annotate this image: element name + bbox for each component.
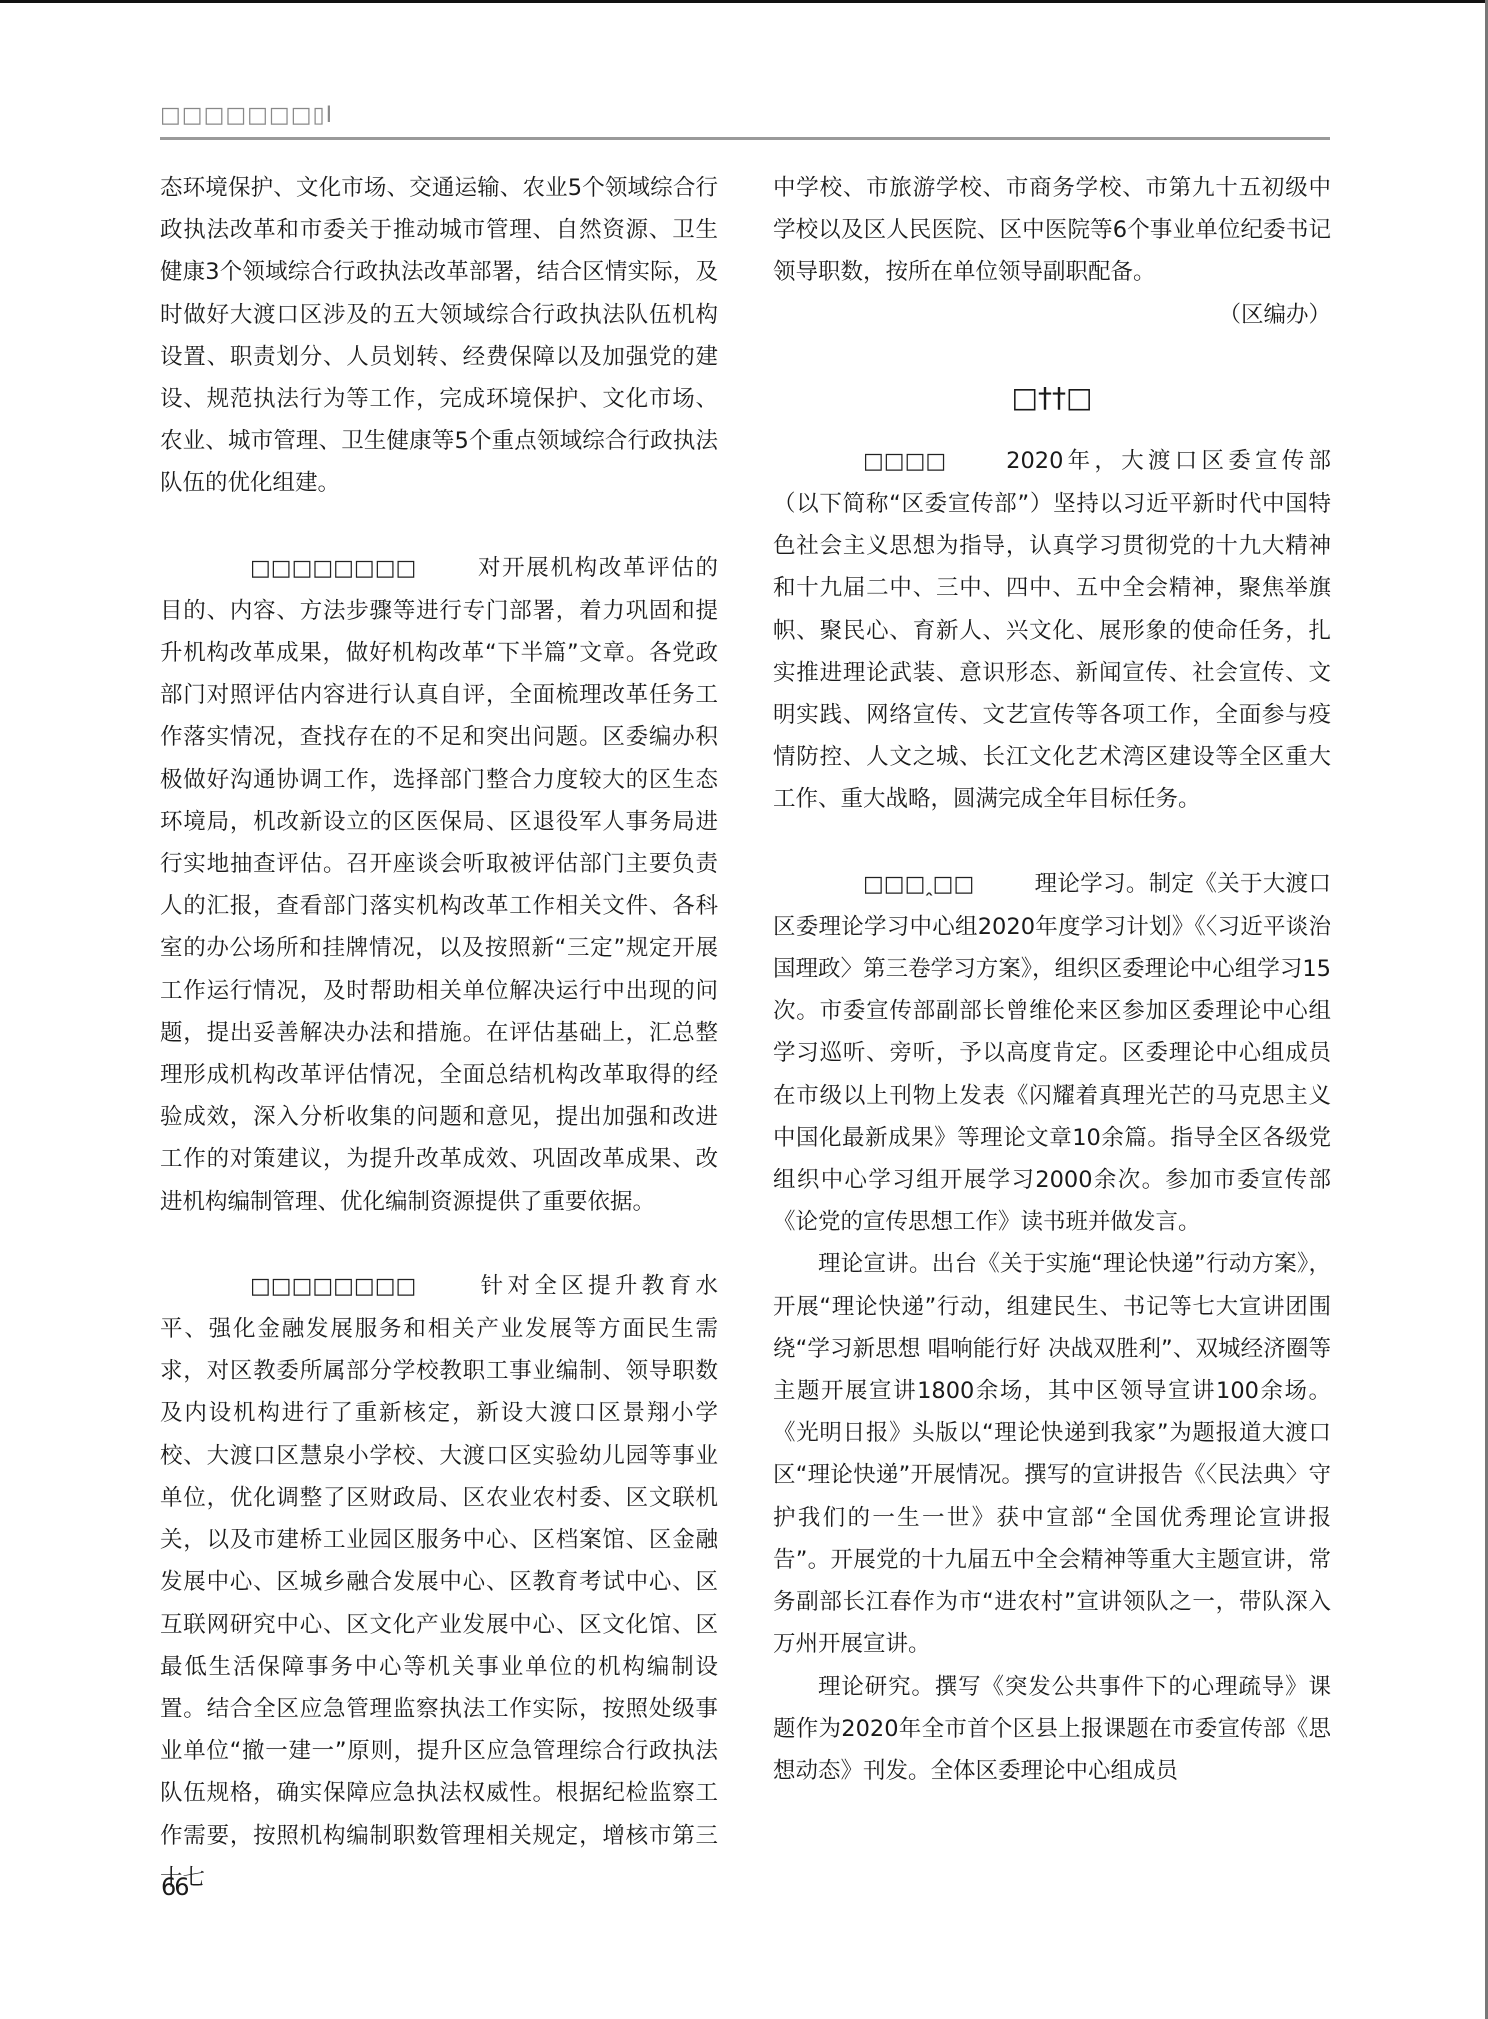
source-attribution: （区编办） — [773, 294, 1331, 336]
paragraph-propaganda-overview: □□□□2020年，大渡口区委宣传部（以下简称“区委宣传部”）坚持以习近平新时代… — [773, 440, 1331, 821]
paragraph-continued: 中学校、市旅游学校、市商务学校、市第九十五初级中学校以及区人民医院、区中医院等6… — [773, 167, 1331, 294]
section-label: □□□ꞈ□□ — [818, 864, 974, 906]
page-number: 66 — [161, 1873, 188, 1901]
paragraph-theory-study: □□□ꞈ□□理论学习。制定《关于大渡口区委理论学习中心组2020年度学习计划》《… — [773, 863, 1331, 1244]
paragraph-text: 理论学习。制定《关于大渡口区委理论学习中心组2020年度学习计划》《〈习近平谈治… — [773, 871, 1331, 1236]
paragraph-staffing-adjustment: □□□□□□□□针对全区提升教育水平、强化金融发展服务和相关产业发展等方面民生需… — [160, 1265, 718, 1899]
spacer — [160, 505, 718, 547]
paragraph-theory-research: 理论研究。撰写《突发公共事件下的心理疏导》课题作为2020年全市首个区县上报课题… — [773, 1666, 1331, 1793]
paragraph-institution-reform-evaluation: □□□□□□□□对开展机构改革评估的目的、内容、方法步骤等进行专门部署，着力巩固… — [160, 547, 718, 1223]
section-title: □††□ — [773, 356, 1331, 440]
paragraph-continued: 态环境保护、文化市场、交通运输、农业5个领域综合行政执法改革和市委关于推动城市管… — [160, 167, 718, 505]
running-head: □□□□□□□▯Ⅰ — [160, 103, 333, 128]
section-label: □□□□□□□□ — [205, 1266, 416, 1308]
section-label: □□□□ — [818, 441, 946, 483]
spacer — [773, 821, 1331, 863]
spacer — [773, 336, 1331, 356]
header-rule — [160, 137, 1330, 140]
right-column: 中学校、市旅游学校、市商务学校、市第九十五初级中学校以及区人民医院、区中医院等6… — [773, 167, 1331, 1792]
paragraph-text: 2020年，大渡口区委宣传部（以下简称“区委宣传部”）坚持以习近平新时代中国特色… — [773, 448, 1331, 813]
paragraph-text: 针对全区提升教育水平、强化金融发展服务和相关产业发展等方面民生需求，对区教委所属… — [160, 1273, 718, 1891]
section-label: □□□□□□□□ — [205, 548, 416, 590]
spacer — [160, 1223, 718, 1265]
page-top-border — [0, 0, 1488, 3]
paragraph-text: 对开展机构改革评估的目的、内容、方法步骤等进行专门部署，着力巩固和提升机构改革成… — [160, 555, 718, 1215]
paragraph-theory-lecture: 理论宣讲。出台《关于实施“理论快递”行动方案》，开展“理论快递”行动，组建民生、… — [773, 1243, 1331, 1665]
left-column: 态环境保护、文化市场、交通运输、农业5个领域综合行政执法改革和市委关于推动城市管… — [160, 167, 718, 1899]
